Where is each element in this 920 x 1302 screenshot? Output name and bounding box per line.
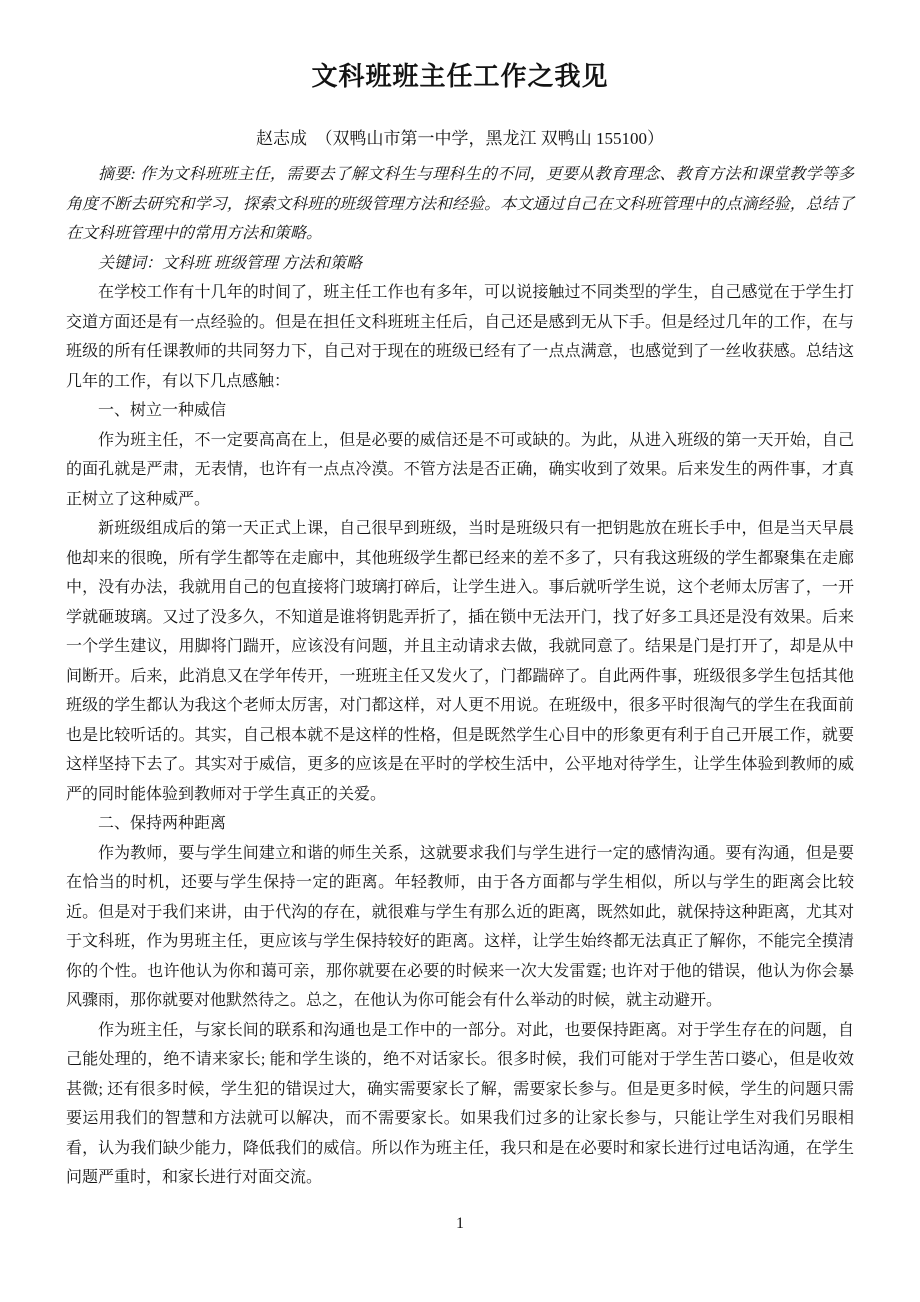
keywords-line: 关键词：文科班 班级管理 方法和策略 (66, 249, 854, 279)
paragraph-distance-students: 作为教师，要与学生间建立和谐的师生关系，这就要求我们与学生进行一定的感情沟通。要… (66, 839, 854, 1016)
page-number: 1 (0, 1214, 920, 1234)
document-page: 文科班班主任工作之我见 赵志成 （双鸭山市第一中学，黑龙江 双鸭山 155100… (0, 0, 920, 1302)
paragraph-authority-2: 新班级组成后的第一天正式上课，自己很早到班级，当时是班级只有一把钥匙放在班长手中… (66, 514, 854, 809)
document-title: 文科班班主任工作之我见 (66, 58, 854, 94)
paragraph-intro: 在学校工作有十几年的时间了，班主任工作也有多年，可以说接触过不同类型的学生，自己… (66, 278, 854, 396)
section-heading-1: 一、树立一种威信 (66, 396, 854, 426)
abstract-paragraph: 摘要: 作为文科班班主任，需要去了解文科生与理科生的不同，更要从教育理念、教育方… (66, 160, 854, 249)
author-affiliation-line: 赵志成 （双鸭山市第一中学，黑龙江 双鸭山 155100） (66, 126, 854, 152)
paragraph-authority-1: 作为班主任，不一定要高高在上，但是必要的威信还是不可或缺的。为此，从进入班级的第… (66, 426, 854, 515)
paragraph-distance-parents: 作为班主任，与家长间的联系和沟通也是工作中的一部分。对此，也要保持距离。对于学生… (66, 1016, 854, 1193)
section-heading-2: 二、保持两种距离 (66, 809, 854, 839)
